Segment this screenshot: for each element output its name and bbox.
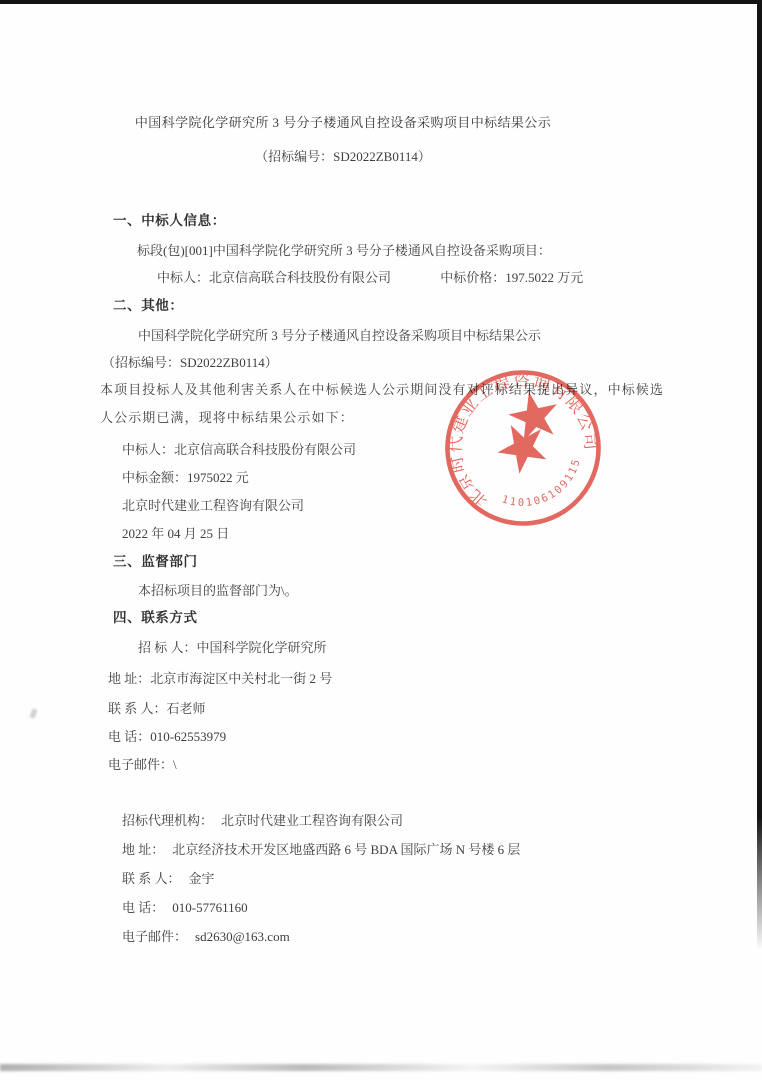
address2-value: 北京经济技术开发区地盛西路 6 号 BDA 国际广场 N 号楼 6 层 <box>172 842 520 857</box>
section2-paragraph-line2: 人公示期已满，现将中标结果公示如下： <box>100 410 354 426</box>
scan-edge-top <box>0 0 762 4</box>
agency-label: 招标代理机构： <box>122 813 213 829</box>
agency-row: 招标代理机构：北京时代建业工程咨询有限公司 <box>122 813 403 829</box>
section3-heading: 三、监督部门 <box>113 554 198 570</box>
company-seal: 北京时代建业工程咨询有限公司 1101061091151 <box>441 366 605 530</box>
contact2-value: 金宇 <box>189 871 215 886</box>
address1-row: 地 址：北京市海淀区中关村北一街 2 号 <box>108 671 332 687</box>
section4-heading: 四、联系方式 <box>113 610 198 626</box>
phone2-value: 010-57761160 <box>172 900 247 915</box>
section2-agency-name: 北京时代建业工程咨询有限公司 <box>122 498 304 514</box>
tenderer-row: 招 标 人：中国科学院化学研究所 <box>138 640 327 656</box>
section2-result-title: 中国科学院化学研究所 3 号分子楼通风自控设备采购项目中标结果公示 <box>138 328 541 344</box>
section2-amount: 中标金额：1975022 元 <box>122 470 249 486</box>
winner-name: 中标人：北京信高联合科技股份有限公司 <box>157 270 391 285</box>
section2-winner: 中标人：北京信高联合科技股份有限公司 <box>122 442 356 458</box>
scan-edge-right <box>757 0 762 950</box>
email1-value: \ <box>173 757 177 772</box>
section2-heading: 二、其他： <box>113 298 184 314</box>
scan-edge-bottom <box>0 1064 762 1071</box>
agency-value: 北京时代建业工程咨询有限公司 <box>221 813 403 828</box>
document-title: 中国科学院化学研究所 3 号分子楼通风自控设备采购项目中标结果公示 <box>0 115 686 131</box>
contact2-row: 联 系 人：金宇 <box>122 871 215 887</box>
phone1-label: 电 话： <box>108 729 150 745</box>
email2-label: 电子邮件： <box>122 929 187 945</box>
section3-body: 本招标项目的监督部门为\。 <box>138 583 298 599</box>
address2-label: 地 址： <box>122 842 164 858</box>
phone2-label: 电 话： <box>122 900 164 916</box>
tenderer-label: 招 标 人： <box>138 640 197 656</box>
address1-value: 北京市海淀区中关村北一街 2 号 <box>150 671 332 686</box>
contact1-row: 联 系 人：石老师 <box>108 701 206 717</box>
scan-speck <box>30 708 38 718</box>
address1-label: 地 址： <box>108 671 150 687</box>
section1-heading: 一、中标人信息： <box>113 213 226 229</box>
contact2-label: 联 系 人： <box>122 871 181 887</box>
email1-row: 电子邮件：\ <box>108 757 177 773</box>
section2-tender-no: （招标编号：SD2022ZB0114） <box>102 355 278 371</box>
section2-date: 2022 年 04 月 25 日 <box>122 526 229 542</box>
email2-row: 电子邮件：sd2630@163.com <box>122 929 290 945</box>
section1-lot-line: 标段(包)[001]中国科学院化学研究所 3 号分子楼通风自控设备采购项目： <box>137 243 551 259</box>
email2-value: sd2630@163.com <box>195 929 290 944</box>
tenderer-value: 中国科学院化学研究所 <box>197 640 327 655</box>
contact1-label: 联 系 人： <box>108 701 167 717</box>
phone1-value: 010-62553979 <box>150 729 226 744</box>
phone1-row: 电 话：010-62553979 <box>108 729 226 745</box>
contact1-value: 石老师 <box>167 701 206 716</box>
winning-price: 中标价格：197.5022 万元 <box>440 270 583 285</box>
scanned-document-page: 中国科学院化学研究所 3 号分子楼通风自控设备采购项目中标结果公示 （招标编号：… <box>0 0 762 1080</box>
phone2-row: 电 话：010-57761160 <box>122 900 248 916</box>
email1-label: 电子邮件： <box>108 757 173 773</box>
section1-winner-row: 中标人：北京信高联合科技股份有限公司 中标价格：197.5022 万元 <box>157 270 583 286</box>
tender-number-subtitle: （招标编号：SD2022ZB0114） <box>0 149 686 165</box>
address2-row: 地 址：北京经济技术开发区地盛西路 6 号 BDA 国际广场 N 号楼 6 层 <box>122 842 520 858</box>
